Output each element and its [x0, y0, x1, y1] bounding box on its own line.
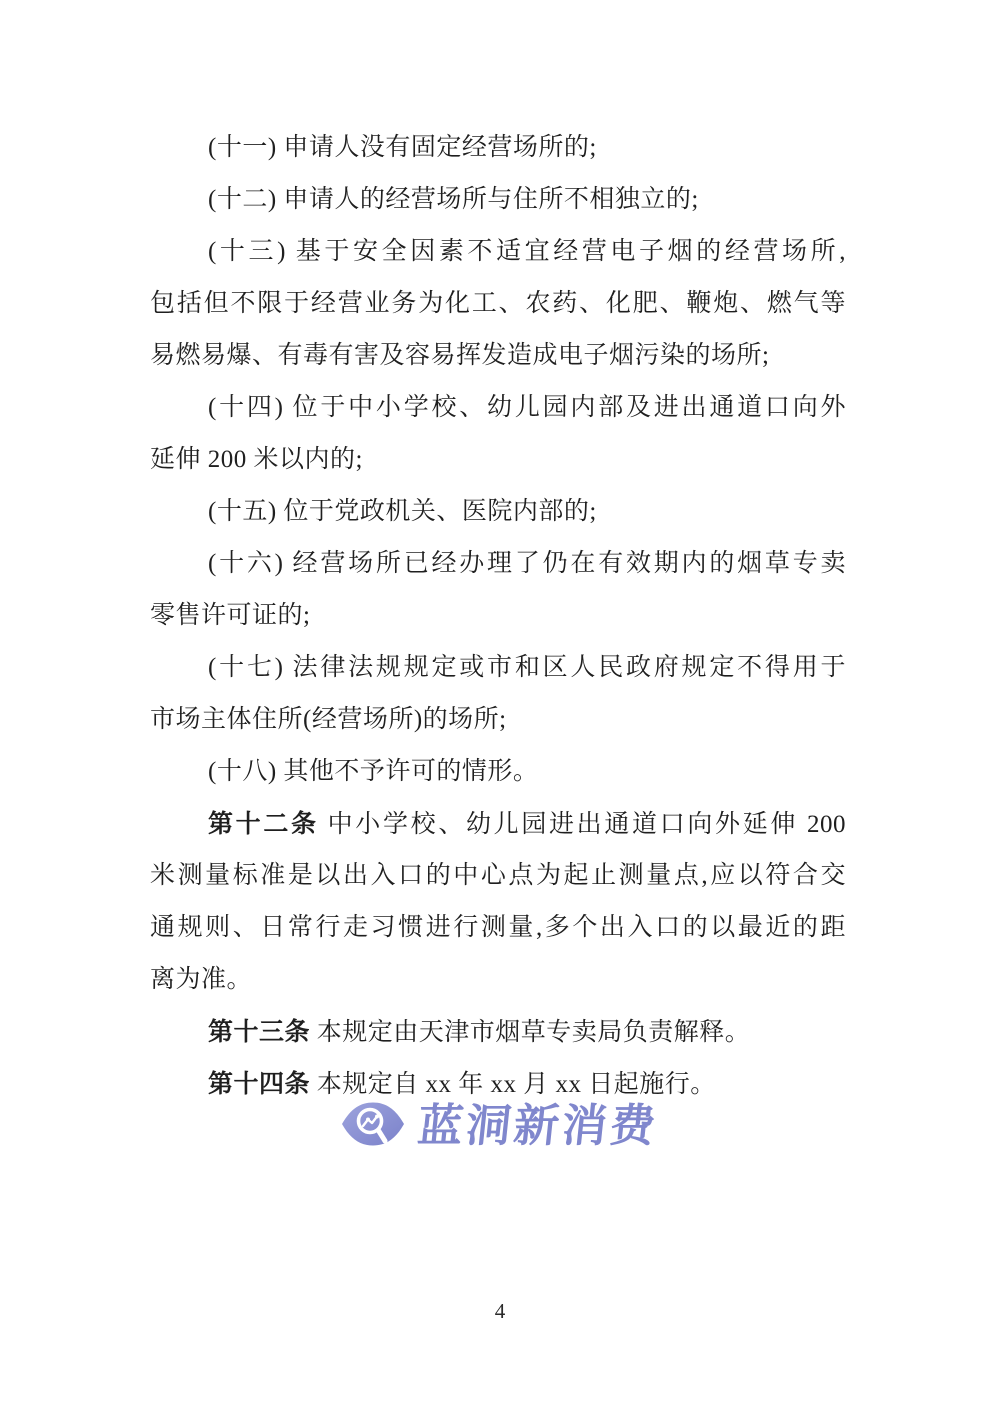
line-text: (十二) 申请人的经营场所与住所不相独立的; [208, 186, 699, 213]
document-line: (十三) 基于安全因素不适宜经营电子烟的经营场所, [150, 226, 846, 278]
document-line: 通规则、日常行走习惯进行测量,多个出入口的以最近的距 [150, 902, 846, 954]
document-line: 离为准。 [150, 954, 846, 1006]
line-text: 中小学校、幼儿园进出通道口向外延伸 200 [319, 811, 846, 838]
document-line: 延伸 200 米以内的; [150, 434, 846, 486]
document-line: 零售许可证的; [150, 590, 846, 642]
line-text: (十三) 基于安全因素不适宜经营电子烟的经营场所, [208, 238, 846, 265]
document-line: 第十二条 中小学校、幼儿园进出通道口向外延伸 200 [150, 798, 846, 850]
line-text: (十七) 法律法规规定或市和区人民政府规定不得用于 [208, 654, 846, 681]
document-line: 市场主体住所(经营场所)的场所; [150, 694, 846, 746]
article-number-label: 第十三条 [208, 1018, 310, 1046]
line-text: 通规则、日常行走习惯进行测量,多个出入口的以最近的距 [150, 914, 846, 941]
line-text: 离为准。 [150, 966, 252, 993]
line-text: 包括但不限于经营业务为化工、农药、化肥、鞭炮、燃气等 [150, 290, 846, 317]
document-line: 米测量标准是以出入口的中心点为起止测量点,应以符合交 [150, 850, 846, 902]
line-text: 易燃易爆、有毒有害及容易挥发造成电子烟污染的场所; [150, 342, 769, 369]
line-text: 延伸 200 米以内的; [150, 446, 363, 473]
document-page: (十一) 申请人没有固定经营场所的;(十二) 申请人的经营场所与住所不相独立的;… [0, 0, 1000, 1413]
line-text: 本规定自 xx 年 xx 月 xx 日起施行。 [310, 1071, 716, 1098]
line-text: (十四) 位于中小学校、幼儿园内部及进出通道口向外 [208, 394, 846, 421]
page-number: 4 [0, 1296, 1000, 1326]
document-line: 第十四条 本规定自 xx 年 xx 月 xx 日起施行。 [150, 1058, 846, 1110]
document-line: 包括但不限于经营业务为化工、农药、化肥、鞭炮、燃气等 [150, 278, 846, 330]
line-text: (十六) 经营场所已经办理了仍在有效期内的烟草专卖 [208, 550, 846, 577]
line-text: 本规定由天津市烟草专卖局负责解释。 [310, 1019, 750, 1046]
line-text: (十五) 位于党政机关、医院内部的; [208, 498, 597, 525]
document-line: (十二) 申请人的经营场所与住所不相独立的; [150, 174, 846, 226]
document-line: 易燃易爆、有毒有害及容易挥发造成电子烟污染的场所; [150, 330, 846, 382]
line-text: 米测量标准是以出入口的中心点为起止测量点,应以符合交 [150, 862, 846, 889]
document-line: (十七) 法律法规规定或市和区人民政府规定不得用于 [150, 642, 846, 694]
line-text: 市场主体住所(经营场所)的场所; [150, 706, 507, 733]
line-text: 零售许可证的; [150, 602, 310, 629]
article-number-label: 第十四条 [208, 1070, 310, 1098]
document-line: (十六) 经营场所已经办理了仍在有效期内的烟草专卖 [150, 538, 846, 590]
document-line: (十八) 其他不予许可的情形。 [150, 746, 846, 798]
document-line: (十五) 位于党政机关、医院内部的; [150, 486, 846, 538]
line-text: (十一) 申请人没有固定经营场所的; [208, 134, 597, 161]
document-line: 第十三条 本规定由天津市烟草专卖局负责解释。 [150, 1006, 846, 1058]
line-text: (十八) 其他不予许可的情形。 [208, 758, 538, 785]
document-body: (十一) 申请人没有固定经营场所的;(十二) 申请人的经营场所与住所不相独立的;… [150, 122, 846, 1110]
document-line: (十四) 位于中小学校、幼儿园内部及进出通道口向外 [150, 382, 846, 434]
article-number-label: 第十二条 [208, 810, 319, 838]
document-line: (十一) 申请人没有固定经营场所的; [150, 122, 846, 174]
